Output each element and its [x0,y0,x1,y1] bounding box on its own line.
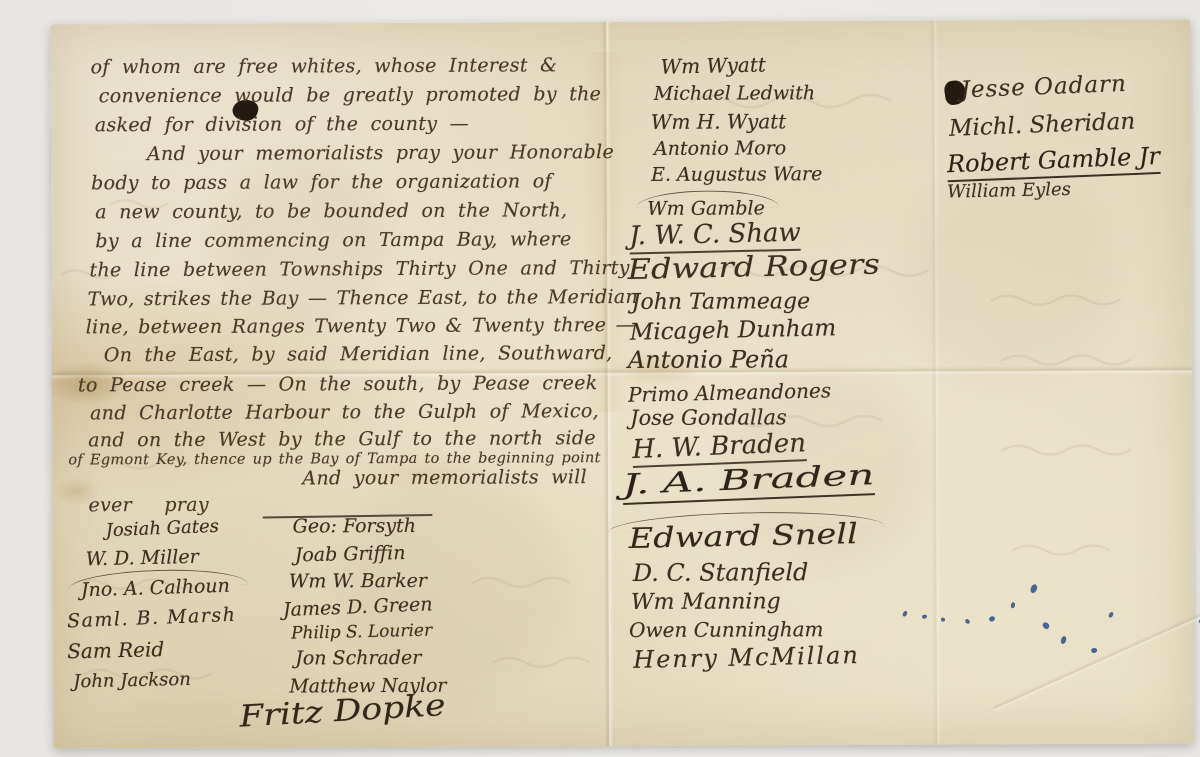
manuscript-line: asked for division of the county — [95,113,469,137]
signature: Antonio Peña [628,345,789,374]
signature-column-left-2: Geo: Forsyth Joab Griffin Wm W. Barker J… [50,20,1190,25]
signature: Primo Almeandones [628,378,832,406]
manuscript-line: by a line commencing on Tampa Bay, where [95,228,571,252]
manuscript-line: body to pass a law for the organization … [91,170,552,194]
blue-ink-speck [988,615,996,622]
signature: Michael Ledwith [654,82,815,105]
manuscript-line: and on the West by the Gulf to the north… [88,427,596,451]
signature: Robert Gamble Jr [946,142,1160,182]
signature: Antonio Moro [654,137,786,160]
vertical-fold-crease [601,22,613,746]
signature-flourished: Fritz Dopke [238,688,446,735]
blue-ink-speck [964,618,970,624]
signature: Jesse Oadarn [960,71,1127,104]
blue-ink-speck [1042,621,1051,630]
petition-body: of whom are free whites, whose Interest … [50,20,1190,25]
signature: John Tammeage [632,289,811,315]
signature: Edward Rogers [627,247,880,285]
manuscript-line: convenience would be greatly promoted by… [99,83,602,107]
signature: Owen Cunningham [629,617,823,642]
vertical-fold-crease-faint [929,21,941,745]
signature-column-middle-top: Wm Wyatt Michael Ledwith Wm H. Wyatt Ant… [50,20,1190,25]
blue-ink-speck [1060,635,1067,644]
corner-crease [992,607,1200,712]
document-paper: of whom are free whites, whose Interest … [50,20,1193,749]
blue-ink-speck [1108,611,1115,618]
signature: Wm H. Wyatt [651,109,787,134]
signature: E. Augustus Ware [651,163,822,186]
manuscript-line: the line between Townships Thirty One an… [89,257,629,281]
signature: Joab Griffin [295,542,406,566]
signature: Henry McMillan [633,641,860,674]
signature: Jon Schrader [295,647,421,670]
manuscript-line: and Charlotte Harbour to the Gulph of Me… [90,400,599,424]
signature: Wm Manning [631,589,781,615]
signature: John Jackson [73,669,191,693]
manuscript-line: And your memorialists will [302,466,587,489]
manuscript-line: Two, strikes the Bay — Thence East, to t… [88,286,638,310]
blue-ink-speck [1091,647,1098,653]
signature: James D. Green [283,593,433,621]
signature: D. C. Stanfield [633,558,809,587]
signature: Edward Snell [628,517,858,555]
signature: William Eyles [947,179,1071,203]
signature: Jno. A. Calhoun [81,575,231,602]
manuscript-line: to Pease creek — On the south, by Pease … [78,372,598,396]
signature: Philip S. Lourier [291,621,432,644]
signature: Geo: Forsyth [293,515,416,538]
signature: Micageh Dunham [630,315,837,345]
signature: Sam Reid [67,637,165,663]
signature: W. D. Miller [86,546,199,570]
signature: Josiah Gates [105,516,219,541]
manuscript-line: of whom are free whites, whose Interest … [91,54,558,78]
blue-ink-speck [1010,602,1015,609]
signature: Wm Gamble [647,197,765,220]
signature: Michl. Sheridan [948,109,1135,142]
manuscript-line: ever pray [88,494,208,517]
blue-ink-speck [921,614,927,619]
signature: Wm W. Barker [289,570,427,593]
signature: Wm Wyatt [660,52,766,78]
signature-column-middle-bottom: Edward Snell D. C. Stanfield Wm Manning … [50,20,1190,25]
manuscript-line: line, between Ranges Twenty Two & Twenty… [86,314,635,338]
blue-ink-speck [902,610,908,617]
signature-column-right: Jesse Oadarn Michl. Sheridan Robert Gamb… [50,20,1190,25]
signature: Saml. B. Marsh [67,604,237,633]
manuscript-line: On the East, by said Meridian line, Sout… [104,342,613,366]
blue-ink-speck [1029,583,1038,594]
signature: Jose Gondallas [630,405,787,430]
blue-ink-speck [941,618,945,622]
manuscript-line: a new county, to be bounded on the North… [95,199,567,223]
scan-background: { "colors": { "background": "#eae8e5", "… [0,0,1200,757]
signature-column-left-1: Josiah Gates W. D. Miller Jno. A. Calhou… [50,20,1190,25]
signature-column-middle-mid: Wm Gamble J. W. C. Shaw Edward Rogers Jo… [50,20,1190,25]
manuscript-line: And your memorialists pray your Honorabl… [147,141,614,165]
